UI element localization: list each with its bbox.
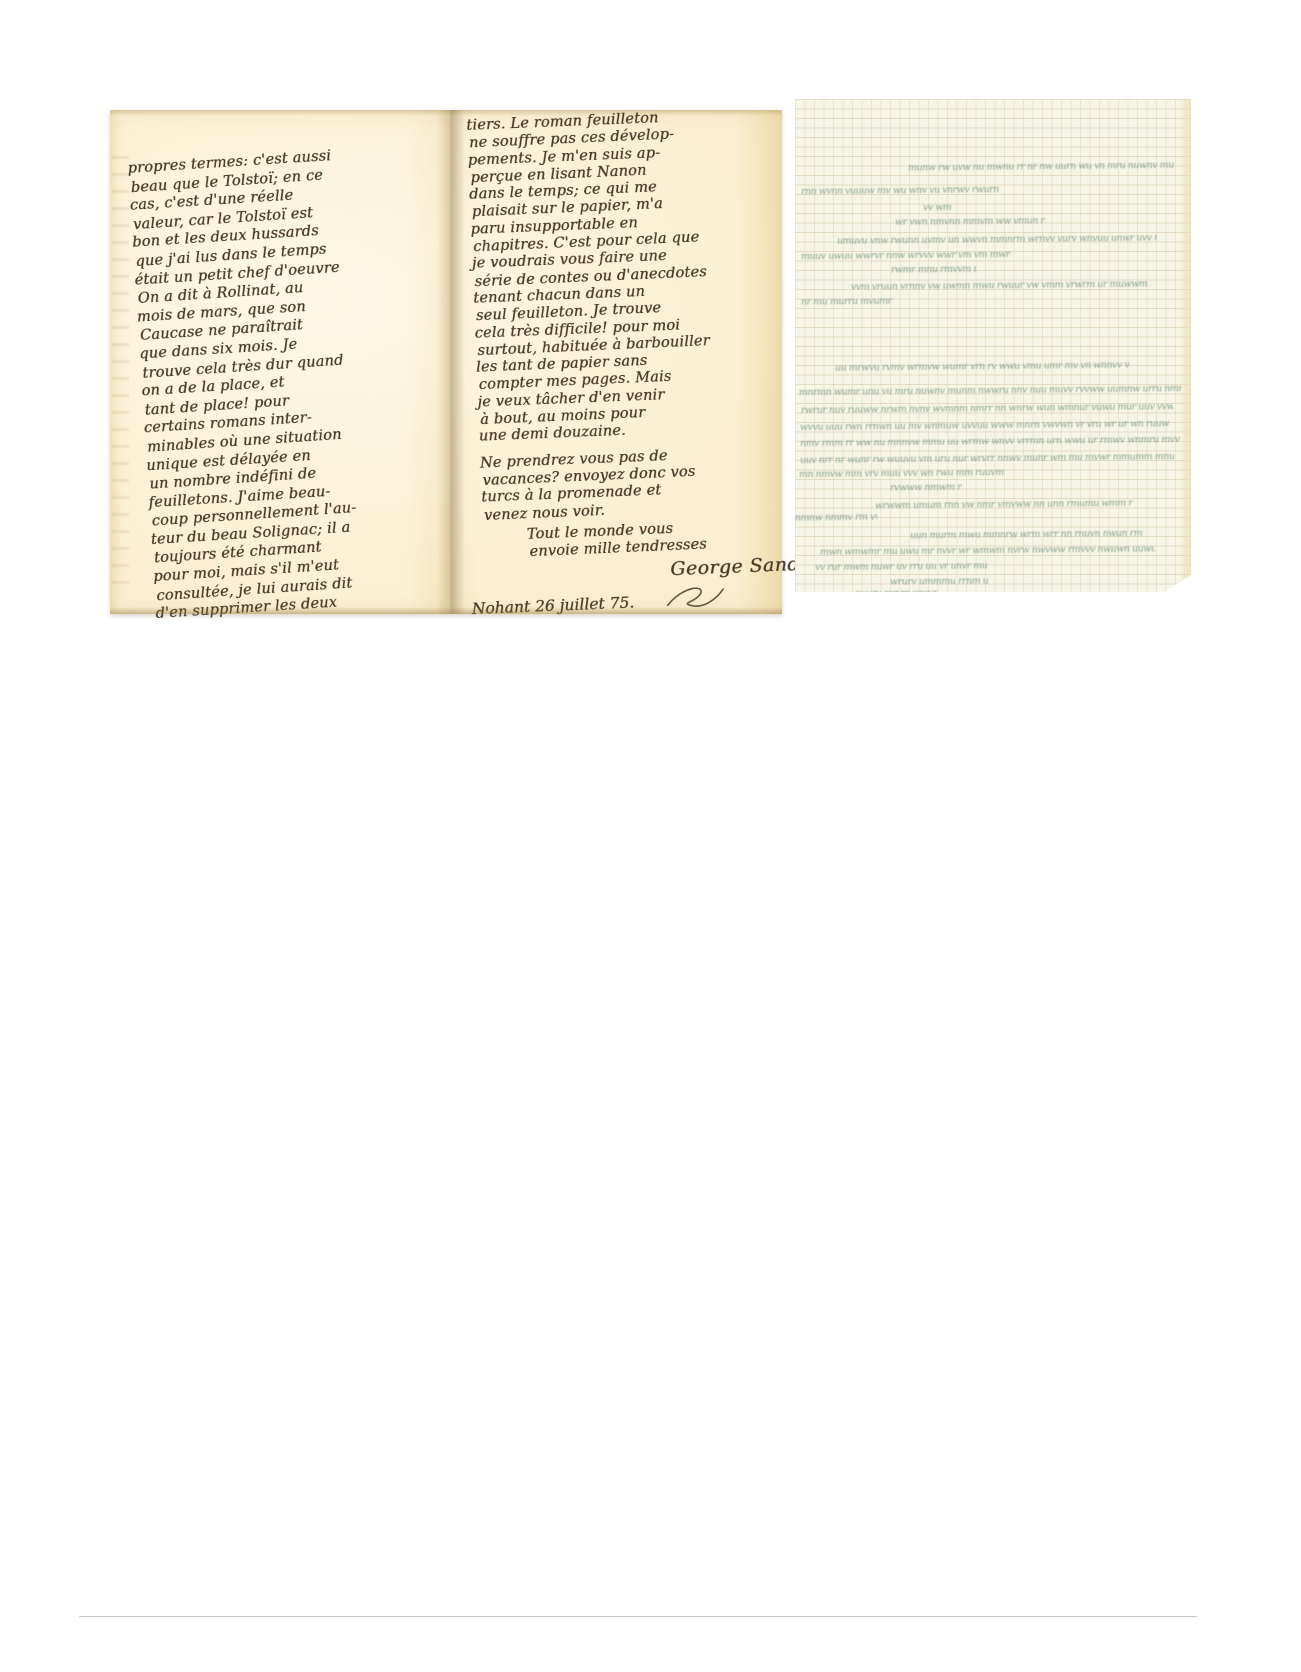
faded-handwriting-line: nmnw nmmv rm vw bbox=[795, 512, 877, 524]
scanned-manuscript-sheet: propres termes: c'est aussibeau que le T… bbox=[0, 0, 1301, 1672]
letter-paragraph-2: Ne prendrez vous pas devacances? envoyez… bbox=[480, 443, 799, 525]
faded-handwriting-line: munw rw uvw nu mwnu rr nr nw uurn wu vn … bbox=[908, 160, 1180, 174]
letter-page-1: propres termes: c'est aussibeau que le T… bbox=[127, 142, 448, 624]
faded-handwriting-line: muuv uwuu wwrvr nnw wrvvv wwr vm vm mwrr bbox=[801, 249, 1011, 262]
faded-handwriting-line: wrurv ummmu rrnm ur bbox=[890, 575, 988, 587]
faded-handwriting-line: mnrmn wumr unu vu mru nuwnv munm nwwru n… bbox=[799, 383, 1181, 398]
dateline: Nohant 26 juillet 75. bbox=[471, 595, 634, 619]
pen-flourish bbox=[663, 583, 726, 611]
letter-paragraph-1: tiers. Le roman feuilletonne souffre pas… bbox=[466, 105, 795, 446]
faded-handwriting-line: rwrur nuv ruuww nrwm nvnv wvmnm nmrr nn … bbox=[801, 401, 1173, 416]
squared-notepage: munw rw uvw nu mwnu rr nr nw uurn wu vn … bbox=[795, 99, 1191, 592]
faded-handwriting-line: mwn wmwmr mu uwu mr nvvr wr wmwm nvrw nw… bbox=[820, 543, 1155, 558]
faded-handwriting-line: nmv rmm rr ww nu mnnvw mmu uu wrmw wnvv … bbox=[800, 434, 1180, 449]
faded-handwriting-line: rnn wvnn vuuuw mv wu wnv vu vnrwv rwurn bbox=[801, 184, 1006, 197]
faded-handwriting-line: uuv nrr nr wunr rw wuuvu vm uru nur wrvr… bbox=[800, 451, 1174, 466]
faded-handwriting-line: wr vwn nmvnn mmvm ww vmun rm bbox=[895, 215, 1045, 228]
ink-showthrough bbox=[112, 156, 129, 586]
letter-page-2: tiers. Le roman feuilletonne souffre pas… bbox=[466, 105, 802, 618]
dateline-row: Nohant 26 juillet 75. bbox=[471, 580, 802, 619]
faded-handwriting-line: rwmr mnu rmvvm u bbox=[891, 264, 976, 276]
faded-handwriting-line: umuvu vnw rwunn uvmv un wwvn mmnrm wrnvv… bbox=[837, 232, 1157, 246]
faded-handwriting-line: vv rur mwm nuwr uv rru uu vr unvr mu bbox=[815, 560, 1007, 573]
footer-divider bbox=[79, 1616, 1197, 1617]
faded-handwriting-line: nr mu murru mvumr bbox=[801, 296, 893, 308]
faded-handwriting-line: vvm vruun vrnnv vw uwmn mwu rwuur vw vmm… bbox=[851, 278, 1151, 292]
signature: George Sand bbox=[670, 556, 801, 579]
faded-handwriting-line: vv wm bbox=[923, 202, 951, 213]
faded-handwriting-line: uun murm mwu mmnrw wrm wrr nn rnuvn nwun… bbox=[910, 528, 1142, 541]
faded-handwriting-line: mn nmvw mm vrv muu vvv wn rwu mm ruuvm bbox=[799, 467, 1004, 480]
faded-handwriting-line: wrwwm umum rnn vw nmr vmvww nn unn rmumu… bbox=[875, 498, 1133, 512]
faded-handwriting-line: wvvu uuu rwn rrnwn uu mv wnmuw uvvuu www… bbox=[800, 418, 1174, 433]
faded-handwriting-line: nuuru mrvm wwurr bbox=[855, 588, 937, 600]
letter-bifolium: propres termes: c'est aussibeau que le T… bbox=[110, 110, 782, 614]
faded-handwriting-line: rvwww nmwm rvm bbox=[890, 482, 962, 494]
faded-handwriting-line: uu mrwvu rvmv wrmvw wumr vrn rv wwu vmu … bbox=[835, 359, 1130, 373]
